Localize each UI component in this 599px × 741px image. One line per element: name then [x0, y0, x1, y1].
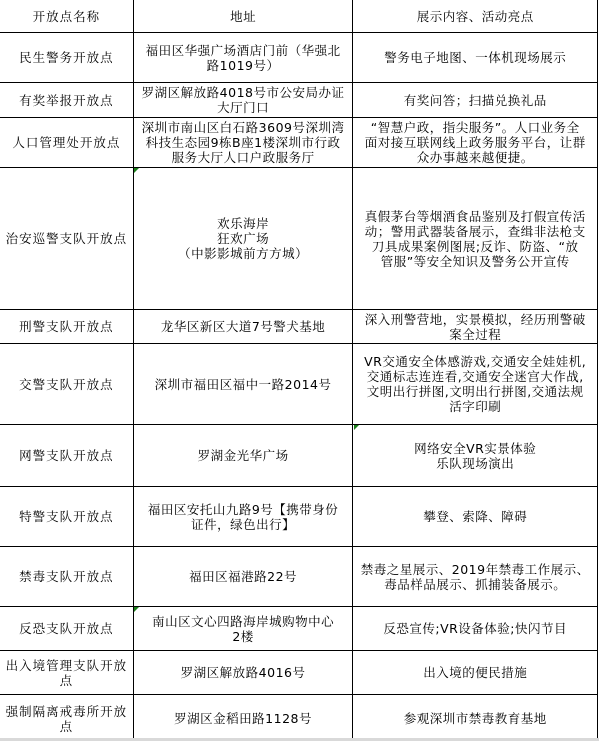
cell-content: “智慧户政，指尖服务”。人口业务全 面对接互联网线上政务服务平台，让群 众办事越…: [353, 118, 598, 168]
cell-name: 禁毒支队开放点: [0, 547, 133, 607]
table-row: 特警支队开放点 福田区安托山九路9号【携带身份 证件，绿色出行】 攀登、索降、障…: [0, 487, 598, 547]
cell-name: 特警支队开放点: [0, 487, 133, 547]
header-address: 地址: [133, 0, 353, 33]
cell-address: 深圳市南山区白石路3609号深圳湾 科技生态园9栋B座1楼深圳市行政 服务大厅人…: [133, 118, 353, 168]
cell-content: 有奖问答；扫描兑换礼品: [353, 83, 598, 118]
cell-content: VR交通安全体感游戏,交通安全娃娃机, 交通标志连连看,交通安全迷宫大作战, 文…: [353, 344, 598, 425]
table-row: 强制隔离戒毒所开放 点 罗湖区金稻田路1128号 参观深圳市禁毒教育基地: [0, 695, 598, 741]
cell-address: 罗湖区金稻田路1128号: [133, 695, 353, 741]
cell-content: 反恐宣传;VR设备体验;快闪节目: [353, 607, 598, 651]
cell-content: 出入境的便民措施: [353, 651, 598, 695]
cell-content: 禁毒之星展示、2019年禁毒工作展示、 毒品样品展示、抓捕装备展示。: [353, 547, 598, 607]
table-row: 禁毒支队开放点 福田区福港路22号 禁毒之星展示、2019年禁毒工作展示、 毒品…: [0, 547, 598, 607]
comment-marker-icon: [134, 607, 139, 612]
table-row: 治安巡警支队开放点 欢乐海岸 狂欢广场 （中影影城前方方城） 真假茅台等烟酒食品…: [0, 168, 598, 310]
header-content: 展示内容、活动亮点: [353, 0, 598, 33]
header-row: 开放点名称 地址 展示内容、活动亮点: [0, 0, 598, 33]
cell-content: 警务电子地图、一体机现场展示: [353, 33, 598, 83]
table-row: 有奖举报开放点 罗湖区解放路4018号市公安局办证 大厅门口 有奖问答；扫描兑换…: [0, 83, 598, 118]
cell-content: 真假茅台等烟酒食品鉴别及打假宣传活 动；警用武器装备展示，查缉非法枪支 刀具成果…: [353, 168, 598, 310]
table-row: 网警支队开放点 罗湖金光华广场 网络安全VR实景体验 乐队现场演出: [0, 425, 598, 487]
cell-name: 强制隔离戒毒所开放 点: [0, 695, 133, 741]
cell-content: 参观深圳市禁毒教育基地: [353, 695, 598, 741]
cell-address: 福田区华强广场酒店门前（华强北 路1019号）: [133, 33, 353, 83]
cell-name: 交警支队开放点: [0, 344, 133, 425]
cell-name: 治安巡警支队开放点: [0, 168, 133, 310]
cell-name: 民生警务开放点: [0, 33, 133, 83]
cell-content: 网络安全VR实景体验 乐队现场演出: [353, 425, 598, 487]
cell-address: 龙华区新区大道7号警犬基地: [133, 310, 353, 344]
open-points-table: 开放点名称 地址 展示内容、活动亮点 民生警务开放点 福田区华强广场酒店门前（华…: [0, 0, 598, 741]
table-row: 民生警务开放点 福田区华强广场酒店门前（华强北 路1019号） 警务电子地图、一…: [0, 33, 598, 83]
cell-name: 网警支队开放点: [0, 425, 133, 487]
cell-content: 攀登、索降、障碍: [353, 487, 598, 547]
cell-name: 人口管理处开放点: [0, 118, 133, 168]
cell-address: 福田区福港路22号: [133, 547, 353, 607]
cell-name: 出入境管理支队开放 点: [0, 651, 133, 695]
cell-name: 有奖举报开放点: [0, 83, 133, 118]
cell-name: 反恐支队开放点: [0, 607, 133, 651]
cell-address: 罗湖区解放路4018号市公安局办证 大厅门口: [133, 83, 353, 118]
table-row: 人口管理处开放点 深圳市南山区白石路3609号深圳湾 科技生态园9栋B座1楼深圳…: [0, 118, 598, 168]
cell-address: 罗湖区解放路4016号: [133, 651, 353, 695]
table-row: 反恐支队开放点 南山区文心四路海岸城购物中心 2楼 反恐宣传;VR设备体验;快闪…: [0, 607, 598, 651]
comment-marker-icon: [134, 168, 139, 173]
header-name: 开放点名称: [0, 0, 133, 33]
table-row: 出入境管理支队开放 点 罗湖区解放路4016号 出入境的便民措施: [0, 651, 598, 695]
cell-address: 欢乐海岸 狂欢广场 （中影影城前方方城）: [133, 168, 353, 310]
cell-address: 罗湖金光华广场: [133, 425, 353, 487]
table-row: 交警支队开放点 深圳市福田区福中一路2014号 VR交通安全体感游戏,交通安全娃…: [0, 344, 598, 425]
cell-address: 南山区文心四路海岸城购物中心 2楼: [133, 607, 353, 651]
cell-address: 深圳市福田区福中一路2014号: [133, 344, 353, 425]
cell-content: 深入刑警营地，实景模拟，经历刑警破 案全过程: [353, 310, 598, 344]
comment-marker-icon: [354, 425, 359, 430]
cell-name: 刑警支队开放点: [0, 310, 133, 344]
table-row: 刑警支队开放点 龙华区新区大道7号警犬基地 深入刑警营地，实景模拟，经历刑警破 …: [0, 310, 598, 344]
cell-address: 福田区安托山九路9号【携带身份 证件，绿色出行】: [133, 487, 353, 547]
